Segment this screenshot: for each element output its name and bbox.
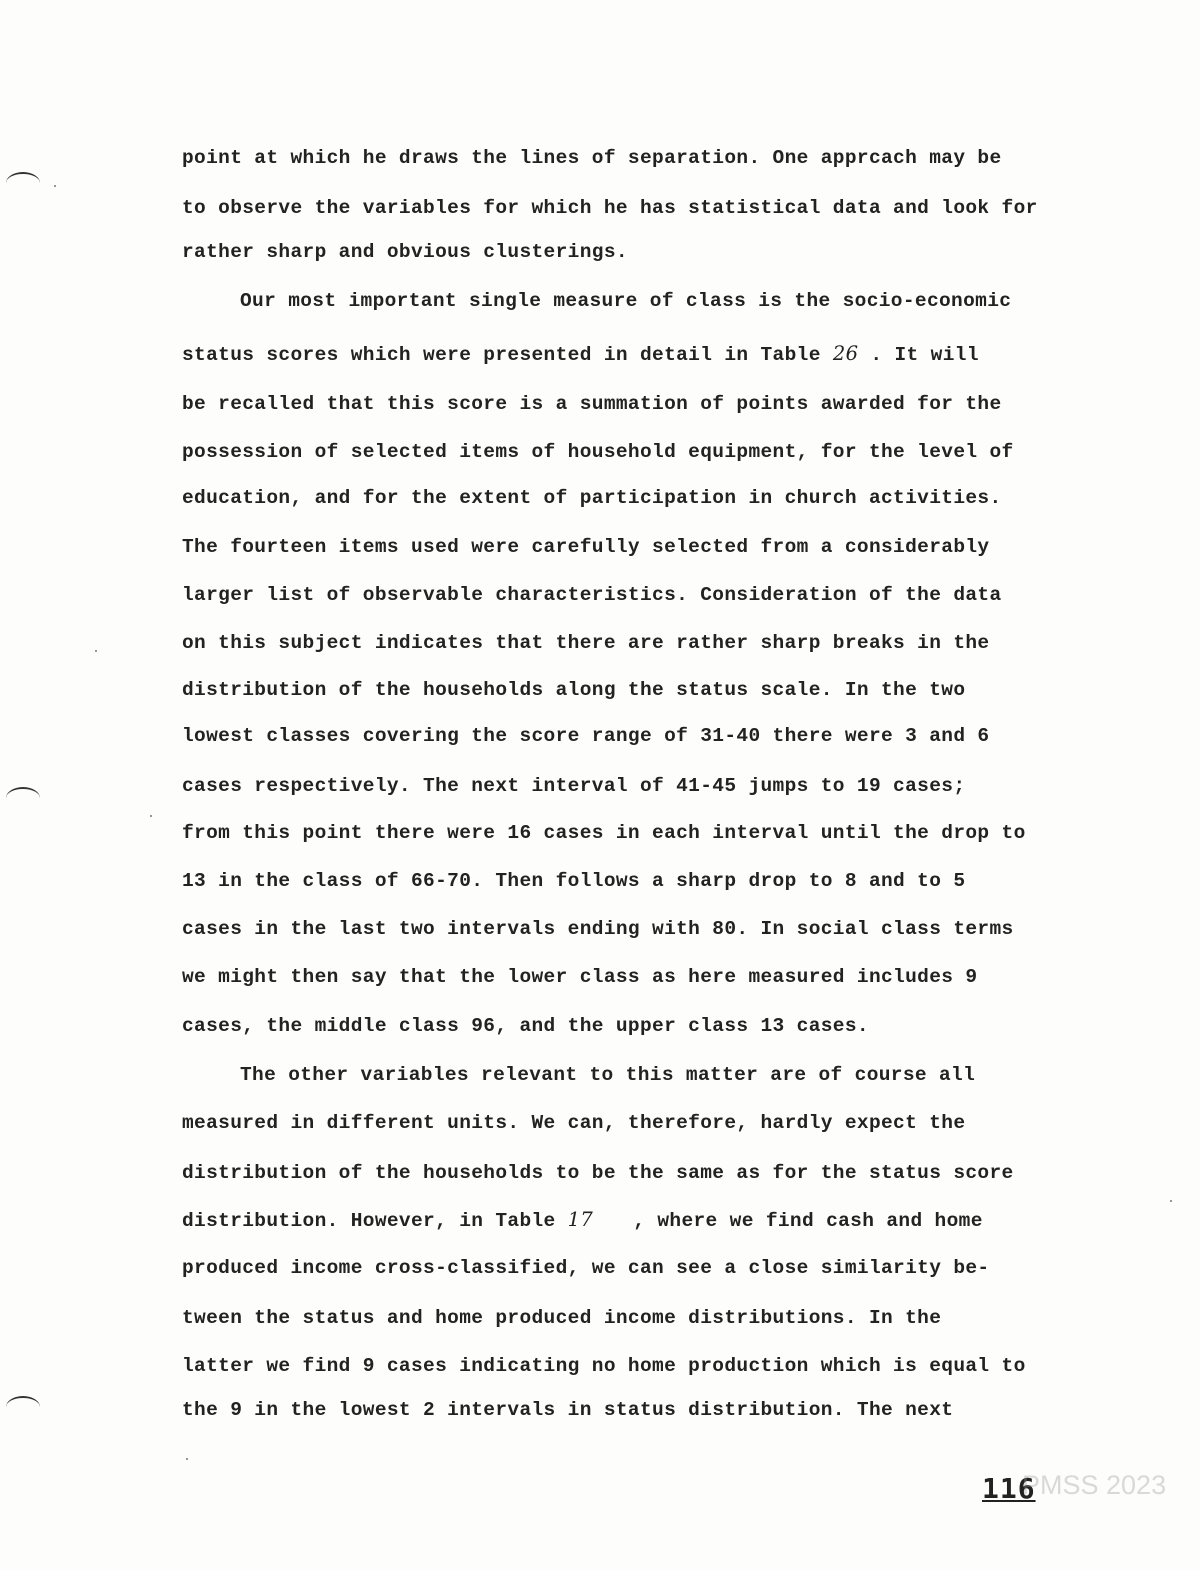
text-line: measured in different units. We can, the… — [182, 1111, 965, 1135]
text-line: rather sharp and obvious clusterings. — [182, 240, 628, 264]
binder-hole-mark — [6, 1396, 40, 1418]
paragraph-start-line: The other variables relevant to this mat… — [240, 1063, 975, 1087]
scan-speck — [150, 815, 152, 817]
text-line: the 9 in the lowest 2 intervals in statu… — [182, 1398, 953, 1422]
text-line: larger list of observable characteristic… — [182, 583, 1002, 607]
text-line: education, and for the extent of partici… — [182, 486, 1002, 510]
document-page: point at which he draws the lines of sep… — [0, 0, 1200, 1570]
scan-speck — [186, 1458, 188, 1460]
scan-speck — [1170, 1200, 1172, 1202]
text-line: tween the status and home produced incom… — [182, 1306, 941, 1330]
text-segment: distribution. However, in Table — [182, 1210, 556, 1232]
text-line-with-table-ref: distribution. However, in Table 17 , whe… — [182, 1208, 983, 1233]
text-line: from this point there were 16 cases in e… — [182, 821, 1026, 845]
text-line: cases, the middle class 96, and the uppe… — [182, 1014, 869, 1038]
paragraph-start-line: Our most important single measure of cla… — [240, 289, 1011, 313]
text-line: point at which he draws the lines of sep… — [182, 146, 1002, 170]
handwritten-table-number: 26 — [833, 342, 859, 365]
text-line: lowest classes covering the score range … — [182, 724, 989, 748]
text-line: latter we find 9 cases indicating no hom… — [182, 1354, 1026, 1378]
text-line-with-table-ref: status scores which were presented in de… — [182, 342, 979, 367]
text-segment: status scores which were presented in de… — [182, 344, 821, 366]
text-segment: . It will — [870, 344, 978, 366]
text-line: we might then say that the lower class a… — [182, 965, 977, 989]
text-line: possession of selected items of househol… — [182, 440, 1014, 464]
handwritten-table-number: 17 — [568, 1208, 594, 1231]
text-line: distribution of the households to be the… — [182, 1161, 1014, 1185]
binder-hole-mark — [6, 787, 40, 809]
text-line: The fourteen items used were carefully s… — [182, 535, 989, 559]
text-line: 13 in the class of 66-70. Then follows a… — [182, 869, 965, 893]
scan-speck — [54, 185, 56, 187]
text-line: to observe the variables for which he ha… — [182, 196, 1038, 220]
text-segment: , where we find cash and home — [633, 1210, 983, 1232]
text-line: be recalled that this score is a summati… — [182, 392, 1002, 416]
text-line: on this subject indicates that there are… — [182, 631, 989, 655]
text-line: produced income cross-classified, we can… — [182, 1256, 989, 1280]
binder-hole-mark — [6, 172, 40, 194]
text-line: cases in the last two intervals ending w… — [182, 917, 1014, 941]
watermark: PMSS 2023 — [1022, 1470, 1166, 1501]
scan-speck — [95, 650, 97, 652]
text-line: cases respectively. The next interval of… — [182, 774, 965, 798]
text-line: distribution of the households along the… — [182, 678, 965, 702]
